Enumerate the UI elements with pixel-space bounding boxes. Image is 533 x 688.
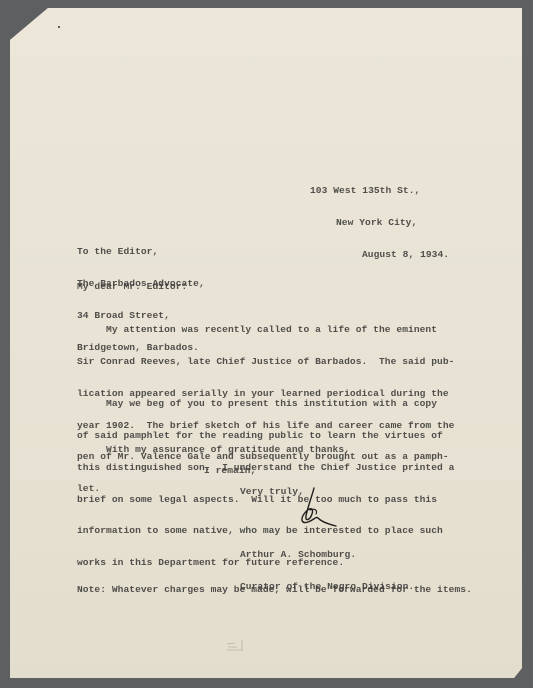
sender-address-line: New York City, <box>310 218 449 229</box>
letter-page: 103 West 135th St., New York City, Augus… <box>10 8 522 678</box>
signer-name: Arthur A. Schomburg. <box>240 550 414 561</box>
sender-address: 103 West 135th St., New York City, Augus… <box>310 165 449 282</box>
remain-line: I remain, <box>204 466 256 477</box>
recipient-address-line: To the Editor, <box>77 247 205 258</box>
closing-line: With my assurance of gratitude and thank… <box>77 445 350 456</box>
paragraph-line: May we beg of you to present this instit… <box>77 399 454 410</box>
note-line: Note: Whatever charges may be made, will… <box>77 585 472 596</box>
pencil-mark-icon <box>225 638 245 652</box>
paragraph-line: this distinguished son. I understand the… <box>77 463 454 474</box>
salutation: My dear Mr. Editor: <box>77 282 187 293</box>
sender-address-line: August 8, 1934. <box>310 250 449 261</box>
paragraph-line: Sir Conrad Reeves, late Chief Justice of… <box>77 357 454 368</box>
paper-speck <box>58 26 60 28</box>
signer-block: Arthur A. Schomburg. Curator of the Negr… <box>240 529 414 614</box>
paragraph-line: My attention was recently called to a li… <box>77 325 454 336</box>
signature-icon <box>292 486 352 532</box>
paragraph-line: of said pamphlet for the reading public … <box>77 431 454 442</box>
sender-address-line: 103 West 135th St., <box>310 186 449 197</box>
